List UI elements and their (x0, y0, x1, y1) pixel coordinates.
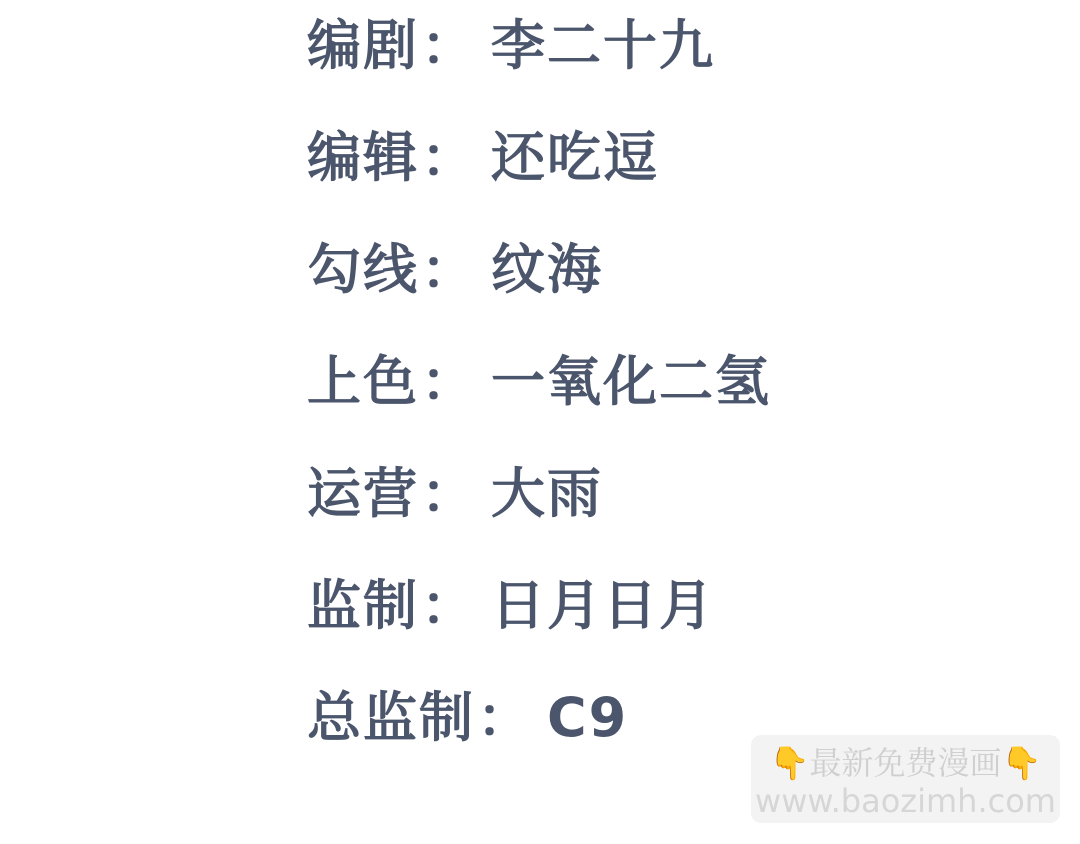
credit-row-lineart: 勾线：纹海 (307, 236, 771, 348)
credit-name: 日月日月 (491, 572, 715, 640)
watermark-text: 最新免费漫画 (809, 744, 1001, 782)
credit-name: 纹海 (491, 236, 603, 304)
watermark-badge[interactable]: 👇最新免费漫画👇 www.baozimh.com (751, 735, 1060, 823)
credit-row-coloring: 上色：一氧化二氢 (307, 348, 771, 460)
credit-separator: ： (421, 572, 477, 640)
credit-name: 一氧化二氢 (491, 348, 771, 416)
watermark-title: 👇最新免费漫画👇 (751, 743, 1060, 783)
credit-row-editor: 编辑：还吃逗 (307, 124, 771, 236)
pointing-down-hand-icon: 👇 (1002, 744, 1042, 782)
watermark-url[interactable]: www.baozimh.com (751, 783, 1060, 819)
credit-name: C9 (547, 684, 628, 752)
credit-separator: ： (421, 348, 477, 416)
credits-list: 编剧：李二十九 编辑：还吃逗 勾线：纹海 上色：一氧化二氢 运营：大雨 监制：日… (307, 12, 771, 796)
credit-row-operations: 运营：大雨 (307, 460, 771, 572)
credit-name: 还吃逗 (491, 124, 659, 192)
credit-row-executive-producer: 总监制：C9 (307, 684, 771, 796)
credit-separator: ： (421, 12, 477, 80)
credit-separator: ： (421, 236, 477, 304)
credit-row-producer: 监制：日月日月 (307, 572, 771, 684)
credit-role: 总监制 (307, 684, 475, 752)
credit-name: 大雨 (491, 460, 603, 528)
credit-separator: ： (421, 124, 477, 192)
credit-role: 监制 (307, 572, 419, 640)
credit-row-screenwriter: 编剧：李二十九 (307, 12, 771, 124)
credit-separator: ： (421, 460, 477, 528)
credit-role: 上色 (307, 348, 419, 416)
credit-role: 勾线 (307, 236, 419, 304)
credit-role: 运营 (307, 460, 419, 528)
pointing-down-hand-icon: 👇 (770, 744, 810, 782)
credit-separator: ： (477, 684, 533, 752)
credit-role: 编辑 (307, 124, 419, 192)
credit-name: 李二十九 (491, 12, 715, 80)
credit-role: 编剧 (307, 12, 419, 80)
